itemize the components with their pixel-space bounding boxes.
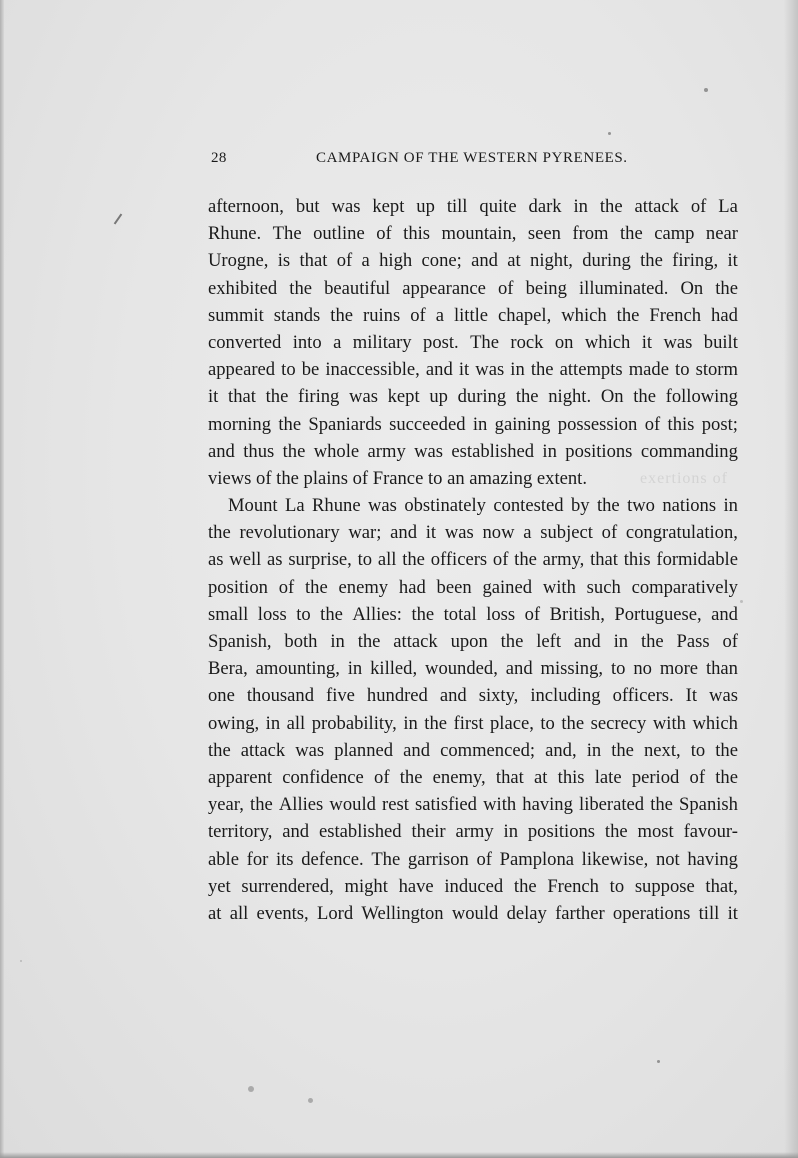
margin-pencil-mark [114,214,123,225]
scanned-book-page: exertions of 28 CAMPAIGN OF THE WESTERN … [0,0,798,1158]
page-bottom-edge-shadow [0,1152,798,1158]
body-text: afternoon,butwaskeptuptillquitedarkinthe… [208,193,738,927]
foxing-spot [740,600,743,603]
text-line: atallevents,LordWellingtonwoulddelayfart… [208,900,738,927]
text-line: theattackwasplannedandcommenced;and,inth… [208,737,738,764]
text-line: summitstandstheruinsofalittlechapel,whic… [208,302,738,329]
text-line: territory,andestablishedtheirarmyinposit… [208,818,738,845]
text-line: positionoftheenemyhadbeengainedwithsuchc… [208,574,738,601]
text-line: Rhune.Theoutlineofthismountain,seenfromt… [208,220,738,247]
text-line: MountLaRhunewasobstinatelycontestedbythe… [208,492,738,519]
text-line: owing,inallprobability,inthefirstplace,t… [208,710,738,737]
text-line: ableforitsdefence.ThegarrisonofPamplonal… [208,846,738,873]
text-line: afternoon,butwaskeptuptillquitedarkinthe… [208,193,738,220]
text-line: aswellassurprise,toalltheofficersofthear… [208,546,738,573]
foxing-spot [704,88,708,92]
running-head: 28 CAMPAIGN OF THE WESTERN PYRENEES. [208,150,738,174]
text-line: therevolutionarywar;anditwasnowasubjecto… [208,519,738,546]
text-line: year,theAllieswouldrestsatisfiedwithhavi… [208,791,738,818]
text-line: yetsurrendered,mighthaveinducedtheFrench… [208,873,738,900]
text-line: smalllosstotheAllies:thetotallossofBriti… [208,601,738,628]
text-line: exhibitedthebeautifulappearanceofbeingil… [208,275,738,302]
text-line: Urogne,isthatofahighcone;andatnight,duri… [208,247,738,274]
foxing-spot [308,1098,313,1103]
text-line: Bera,amounting,inkilled,wounded,andmissi… [208,655,738,682]
page-left-edge-shadow [0,0,4,1158]
text-line: andthusthewholearmywasestablishedinposit… [208,438,738,465]
running-title: CAMPAIGN OF THE WESTERN PYRENEES. [316,150,628,167]
page-right-edge-shadow [784,0,798,1158]
page-number: 28 [211,150,227,167]
text-line: views of the plains of France to an amaz… [208,465,738,492]
text-line: itthatthefiringwaskeptupduringthenight.O… [208,383,738,410]
text-line: appearedtobeinaccessible,anditwasintheat… [208,356,738,383]
text-line: onethousandfivehundredandsixty,including… [208,682,738,709]
text-line: convertedintoamilitarypost.Therockonwhic… [208,329,738,356]
text-line: Spanish,bothintheattackupontheleftandint… [208,628,738,655]
text-line: morningtheSpaniardssucceededingainingpos… [208,411,738,438]
foxing-spot [608,132,611,135]
text-line: apparentconfidenceoftheenemy,thatatthisl… [208,764,738,791]
foxing-spot [20,960,22,962]
foxing-spot [248,1086,254,1092]
foxing-spot [657,1060,660,1063]
